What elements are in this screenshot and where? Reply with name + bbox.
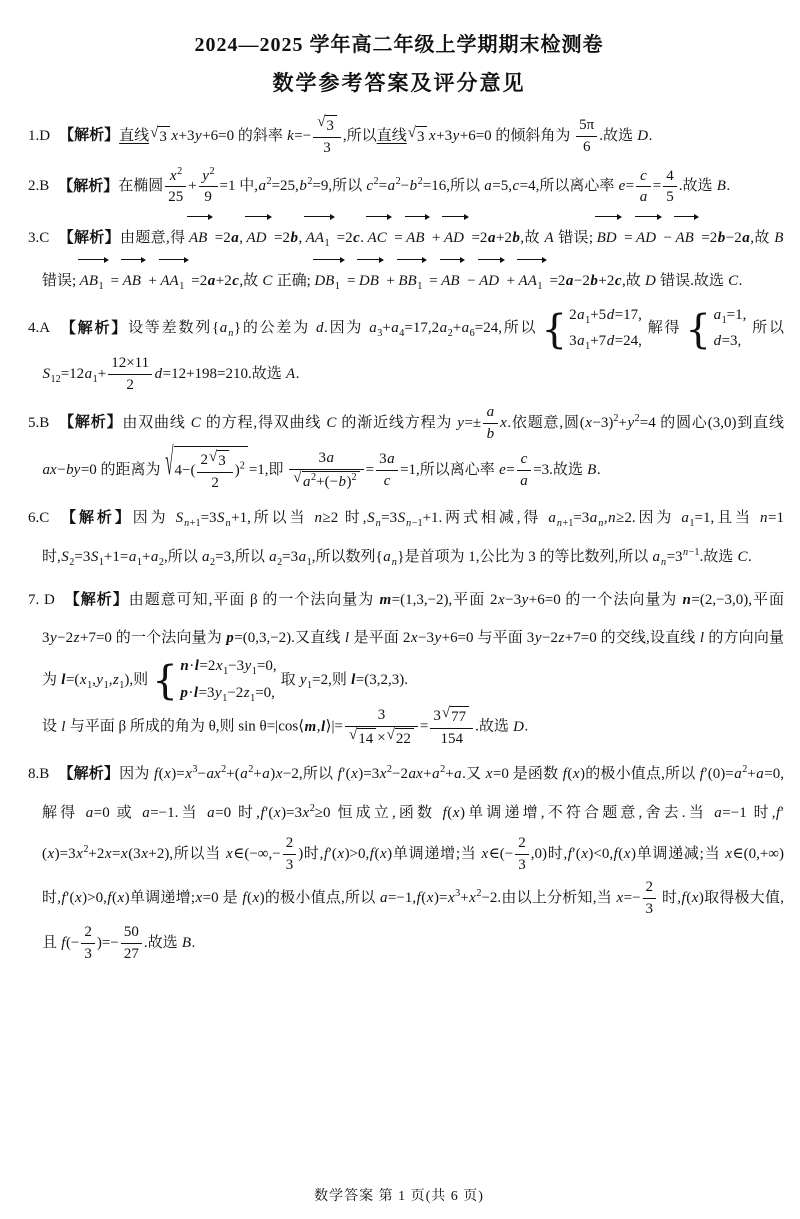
analysis-label: 【解析】	[64, 591, 129, 608]
analysis-content: 由题意可知,平面 β 的一个法向量为 m=(1,3,−2),平面 2x−3y+6…	[42, 592, 784, 688]
analysis-label: 【解析】	[58, 414, 122, 431]
answer-item: 2.B【解析】在椭圆x225+y29=1 中,a2=25,b2=9,所以 c2=…	[14, 165, 784, 210]
answer-item: 3.C【解析】由题意,得AB=2a,AD=2b,AA1=2c.AC=AB+AD=…	[14, 214, 784, 301]
question-answer-label: 5.B	[28, 415, 49, 431]
answer-item: 5.B【解析】由双曲线 C 的方程,得双曲线 C 的渐近线方程为 y=±abx.…	[14, 401, 784, 494]
analysis-content: 因为 f(x)=x3−ax2+(a2+a)x−2,所以 f′(x)=3x2−2a…	[42, 766, 784, 950]
analysis-label: 【解析】	[58, 765, 119, 782]
analysis-label: 【解析】	[58, 229, 120, 246]
header: 2024—2025 学年高二年级上学期期末检测卷 数学参考答案及评分意见	[14, 20, 784, 113]
analysis-label: 【解析】	[58, 177, 118, 194]
question-answer-label: 3.C	[28, 230, 49, 246]
analysis-content: 由题意,得AB=2a,AD=2b,AA1=2c.AC=AB+AD=2a+2b,故…	[42, 230, 784, 289]
footer: 数学答案 第 1 页(共 6 页)	[14, 1177, 784, 1219]
answers-list: 1.D【解析】直线√3x+3y+6=0 的斜率 k=−√33,所以直线√3x+3…	[14, 113, 784, 1177]
analysis-content: 由双曲线 C 的方程,得双曲线 C 的渐近线方程为 y=±abx.依题意,圆(x…	[42, 415, 784, 478]
analysis-content: 在椭圆x225+y29=1 中,a2=25,b2=9,所以 c2=a2−b2=1…	[118, 178, 730, 194]
question-answer-label: 7. D	[28, 592, 55, 608]
question-answer-label: 6.C	[28, 510, 49, 526]
question-answer-label: 4.A	[28, 320, 50, 336]
question-answer-label: 2.B	[28, 178, 49, 194]
answer-item: 8.B【解析】因为 f(x)=x3−ax2+(a2+a)x−2,所以 f′(x)…	[14, 755, 784, 965]
analysis-content: 设等差数列{an}的公差为 d.因为 a3+a4=17,2a2+a6=24,所以…	[42, 320, 784, 381]
analysis-label: 【解析】	[59, 319, 128, 336]
analysis-paragraph: 设 l 与平面 β 所成的角为 θ,则 sin θ=|cos⟨m,l⟩|=3√1…	[42, 704, 784, 751]
page-footer-text: 数学答案 第 1 页(共 6 页)	[314, 1189, 484, 1204]
answer-item: 6.C【解析】因为 Sn+1=3Sn+1,所以当 n≥2 时,Sn=3Sn−1+…	[14, 499, 784, 576]
page-subtitle: 数学参考答案及评分意见	[14, 67, 784, 97]
question-answer-label: 8.B	[28, 766, 49, 782]
analysis-label: 【解析】	[58, 509, 132, 526]
analysis-content: 因为 Sn+1=3Sn+1,所以当 n≥2 时,Sn=3Sn−1+1.两式相减,…	[42, 510, 784, 564]
answer-item: 1.D【解析】直线√3x+3y+6=0 的斜率 k=−√33,所以直线√3x+3…	[14, 113, 784, 160]
answer-item: 7. D【解析】由题意可知,平面 β 的一个法向量为 m=(1,3,−2),平面…	[14, 581, 784, 750]
answer-sheet: 2024—2025 学年高二年级上学期期末检测卷 数学参考答案及评分意见 1.D…	[0, 0, 800, 1219]
analysis-content: 直线√3x+3y+6=0 的斜率 k=−√33,所以直线√3x+3y+6=0 的…	[119, 128, 652, 144]
question-answer-label: 1.D	[28, 128, 50, 144]
answer-item: 4.A【解析】设等差数列{an}的公差为 d.因为 a3+a4=17,2a2+a…	[14, 306, 784, 397]
analysis-label: 【解析】	[59, 127, 119, 144]
page-title: 2024—2025 学年高二年级上学期期末检测卷	[14, 28, 784, 57]
